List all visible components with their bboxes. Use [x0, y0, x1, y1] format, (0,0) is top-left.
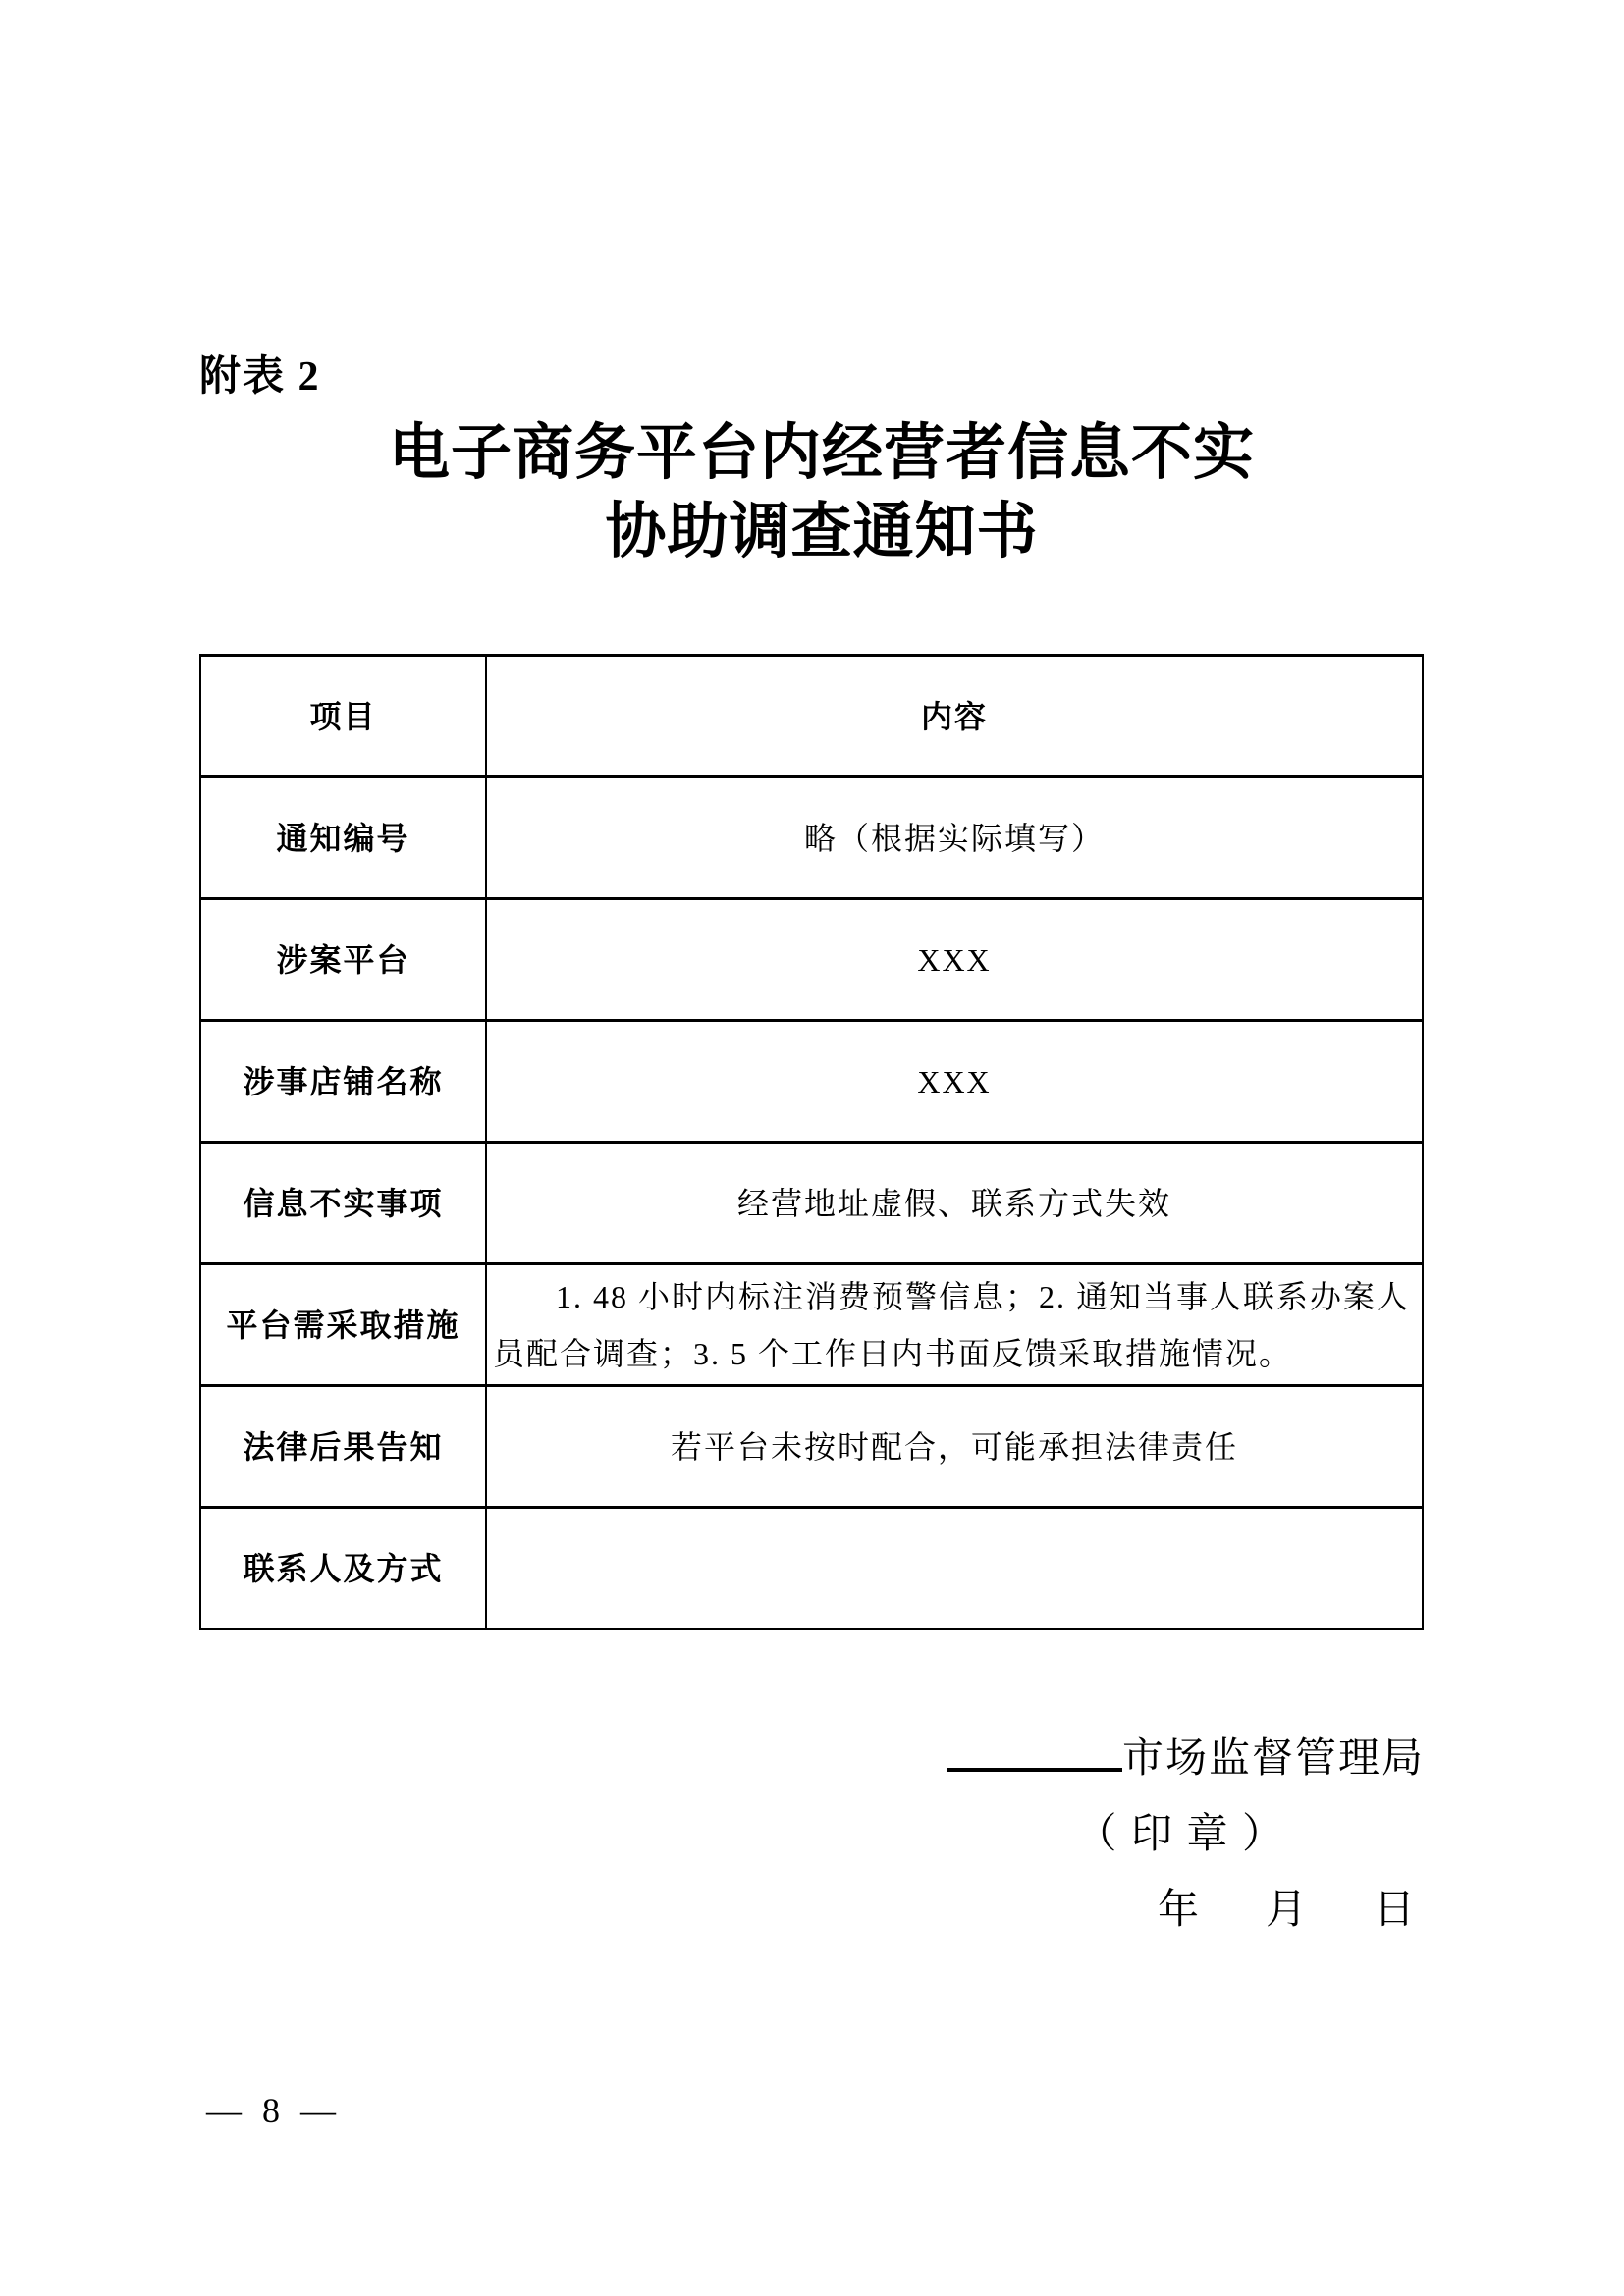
signature-seal-line: （ 印 章 ）	[1075, 1809, 1285, 1860]
table-row: 平台需采取措施 1. 48 小时内标注消费预警信息；2. 通知当事人联系办案人员…	[200, 1264, 1423, 1386]
row-label-cell: 联系人及方式	[200, 1508, 486, 1629]
table-row: 信息不实事项 经营地址虚假、联系方式失效	[200, 1143, 1423, 1264]
row-content-cell: XXX	[486, 1021, 1423, 1143]
row-content-cell: XXX	[486, 899, 1423, 1021]
date-year-label: 年	[1158, 1885, 1201, 1936]
attachment-label: 附表 2	[199, 353, 321, 400]
row-label-cell: 通知编号	[200, 777, 486, 899]
table-row: 法律后果告知 若平台未按时配合，可能承担法律责任	[200, 1386, 1423, 1508]
row-content-cell: 经营地址虚假、联系方式失效	[486, 1143, 1423, 1264]
row-label-cell: 涉案平台	[200, 899, 486, 1021]
table-row: 涉事店铺名称 XXX	[200, 1021, 1423, 1143]
row-label-cell: 涉事店铺名称	[200, 1021, 486, 1143]
row-content-cell: 略（根据实际填写）	[486, 777, 1423, 899]
row-content-cell: 1. 48 小时内标注消费预警信息；2. 通知当事人联系办案人员配合调查；3. …	[486, 1264, 1423, 1386]
notice-table: 项目 内容 通知编号 略（根据实际填写） 涉案平台 XXX 涉事店铺名称 XXX…	[199, 654, 1424, 1630]
document-title-line-2: 协助调查通知书	[0, 493, 1624, 571]
row-label-cell: 法律后果告知	[200, 1386, 486, 1508]
header-content-cell: 内容	[486, 656, 1423, 777]
header-item-cell: 项目	[200, 656, 486, 777]
row-label-cell: 信息不实事项	[200, 1143, 486, 1264]
row-content-cell	[486, 1508, 1423, 1629]
signature-authority-line: 市场监督管理局	[947, 1733, 1425, 1785]
table-row: 通知编号 略（根据实际填写）	[200, 777, 1423, 899]
date-month-label: 月	[1266, 1885, 1309, 1936]
row-content-cell: 若平台未按时配合，可能承担法律责任	[486, 1386, 1423, 1508]
signature-authority-name: 市场监督管理局	[1122, 1736, 1425, 1782]
page-number: — 8 —	[206, 2089, 342, 2132]
table-row: 涉案平台 XXX	[200, 899, 1423, 1021]
table-header-row: 项目 内容	[200, 656, 1423, 777]
table-row: 联系人及方式	[200, 1508, 1423, 1629]
date-day-label: 日	[1374, 1885, 1417, 1936]
row-label-cell: 平台需采取措施	[200, 1264, 486, 1386]
signature-blank-line	[947, 1733, 1122, 1772]
signature-date-line: 年 月 日	[1158, 1885, 1417, 1936]
document-title: 电子商务平台内经营者信息不实 协助调查通知书	[0, 414, 1624, 571]
document-page: 附表 2 电子商务平台内经营者信息不实 协助调查通知书 项目 内容 通知编号 略…	[0, 0, 1624, 2296]
document-title-line-1: 电子商务平台内经营者信息不实	[0, 414, 1624, 493]
